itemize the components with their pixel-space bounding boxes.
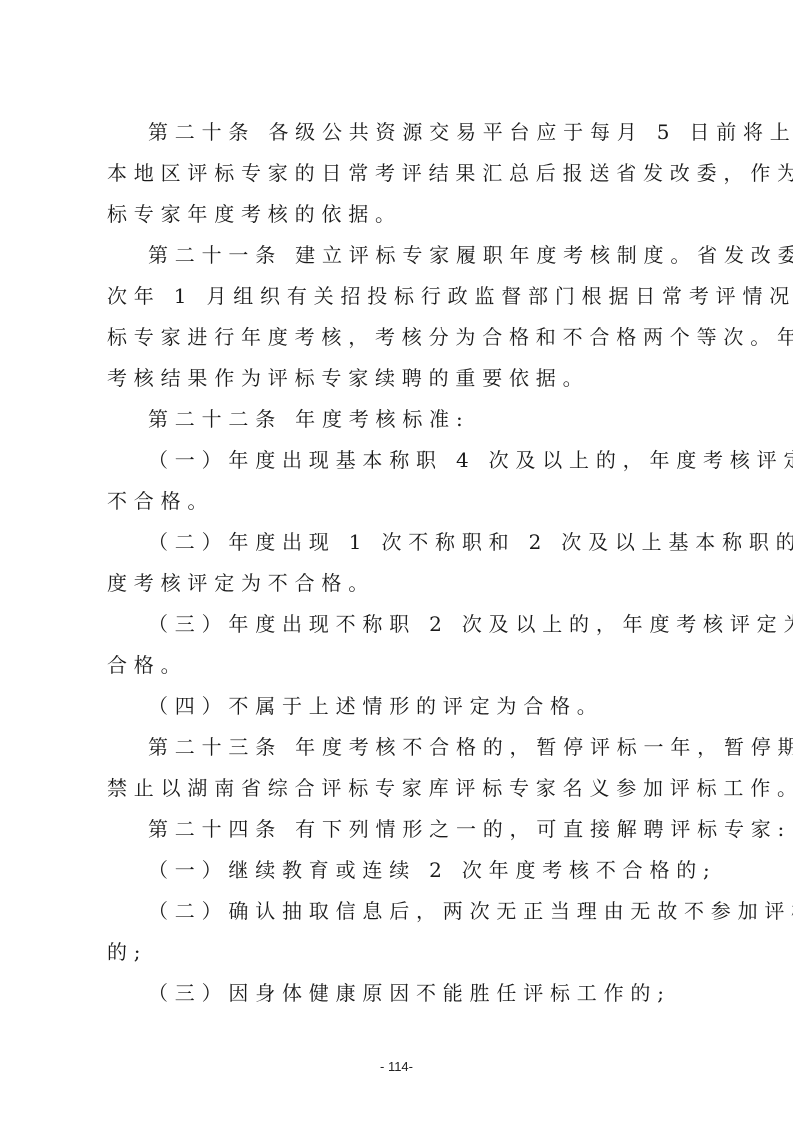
- article-24-item-1: （一）继续教育或连续 2 次年度考核不合格的;: [107, 850, 687, 891]
- article-22-heading: 第二十二条 年度考核标准:: [107, 399, 687, 440]
- article-22-item-2-line-1: （二）年度出现 1 次不称职和 2 次及以上基本称职的，年: [107, 522, 687, 563]
- article-24-item-2-line-2: 的;: [107, 932, 687, 973]
- article-24-item-2-line-1: （二）确认抽取信息后，两次无正当理由无故不参加评标: [107, 891, 687, 932]
- article-21-line-2: 次年 1 月组织有关招投标行政监督部门根据日常考评情况对评: [107, 276, 687, 317]
- article-24-item-3: （三）因身体健康原因不能胜任评标工作的;: [107, 973, 687, 1014]
- article-22-item-1-line-2: 不合格。: [107, 481, 687, 522]
- article-20-line-3: 标专家年度考核的依据。: [107, 194, 687, 235]
- article-22-item-3-line-1: （三）年度出现不称职 2 次及以上的，年度考核评定为不: [107, 604, 687, 645]
- document-body: 第二十条 各级公共资源交易平台应于每月 5 日前将上月 本地区评标专家的日常考评…: [107, 112, 687, 1014]
- page-number: - 114-: [0, 1059, 793, 1074]
- article-21-line-3: 标专家进行年度考核，考核分为合格和不合格两个等次。年度: [107, 317, 687, 358]
- article-20-line-1: 第二十条 各级公共资源交易平台应于每月 5 日前将上月: [107, 112, 687, 153]
- article-21-line-4: 考核结果作为评标专家续聘的重要依据。: [107, 358, 687, 399]
- article-20-line-2: 本地区评标专家的日常考评结果汇总后报送省发改委，作为评: [107, 153, 687, 194]
- article-22-item-1-line-1: （一）年度出现基本称职 4 次及以上的，年度考核评定为: [107, 440, 687, 481]
- article-22-item-2-line-2: 度考核评定为不合格。: [107, 563, 687, 604]
- article-24-heading: 第二十四条 有下列情形之一的，可直接解聘评标专家:: [107, 809, 687, 850]
- article-22-item-3-line-2: 合格。: [107, 645, 687, 686]
- article-21-line-1: 第二十一条 建立评标专家履职年度考核制度。省发改委于: [107, 235, 687, 276]
- document-page: 第二十条 各级公共资源交易平台应于每月 5 日前将上月 本地区评标专家的日常考评…: [0, 0, 793, 1122]
- article-23-line-1: 第二十三条 年度考核不合格的，暂停评标一年，暂停期间: [107, 727, 687, 768]
- article-22-item-4: （四）不属于上述情形的评定为合格。: [107, 686, 687, 727]
- article-23-line-2: 禁止以湖南省综合评标专家库评标专家名义参加评标工作。: [107, 768, 687, 809]
